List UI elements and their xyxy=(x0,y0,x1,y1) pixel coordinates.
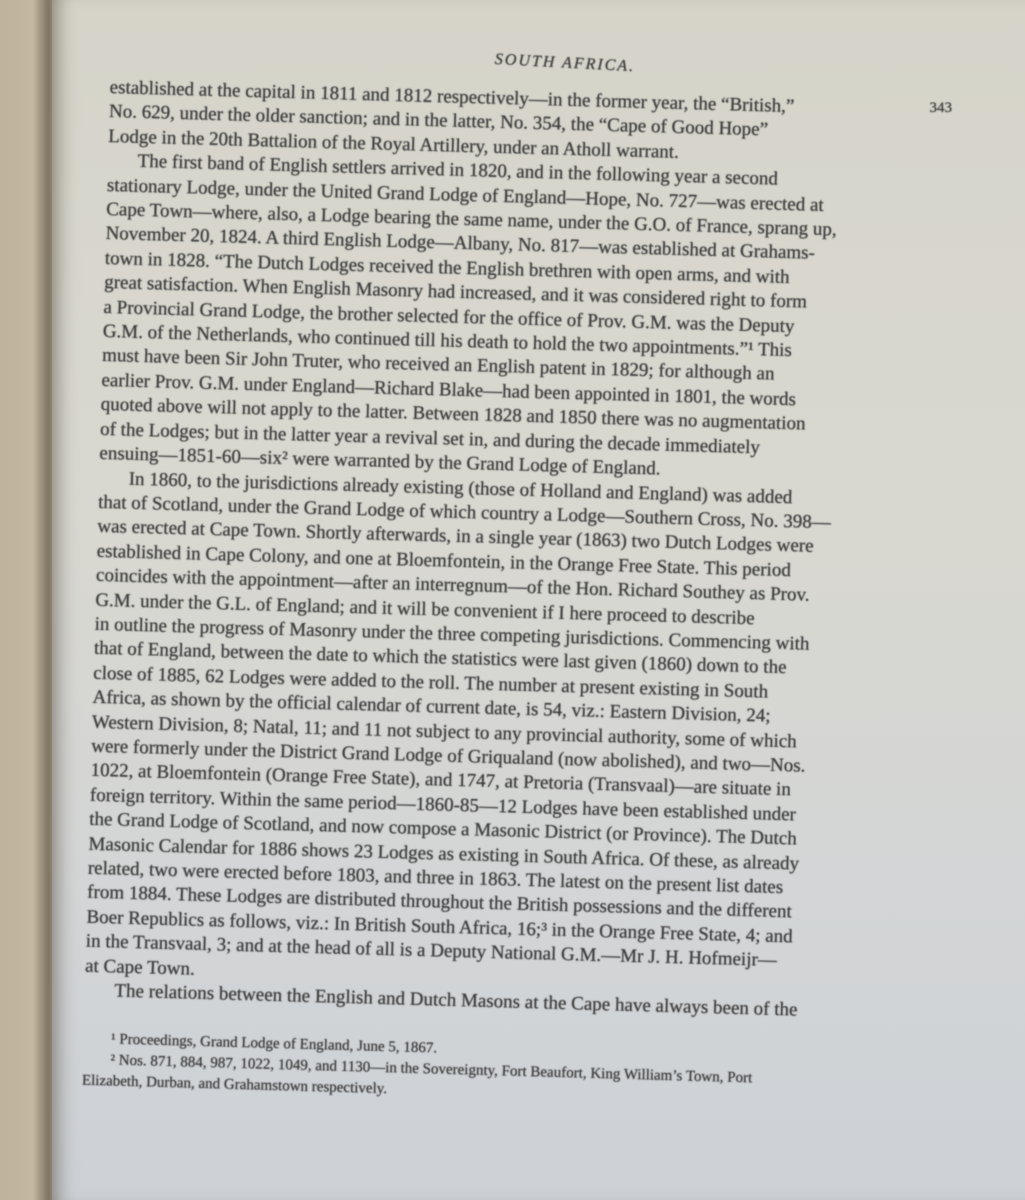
book-gutter xyxy=(0,0,60,1200)
footnotes: ¹ Proceedings, Grand Lodge of England, J… xyxy=(82,1029,933,1116)
body-text: established at the capital in 1811 and 1… xyxy=(82,76,960,1116)
book-page: SOUTH AFRICA. 343 established at the cap… xyxy=(52,0,1025,1200)
paragraph-2: The first band of English settlers arriv… xyxy=(99,150,958,491)
page-text-block: SOUTH AFRICA. 343 established at the cap… xyxy=(110,50,960,1093)
paragraph-3: In 1860, to the jurisdictions already ex… xyxy=(85,467,949,1003)
